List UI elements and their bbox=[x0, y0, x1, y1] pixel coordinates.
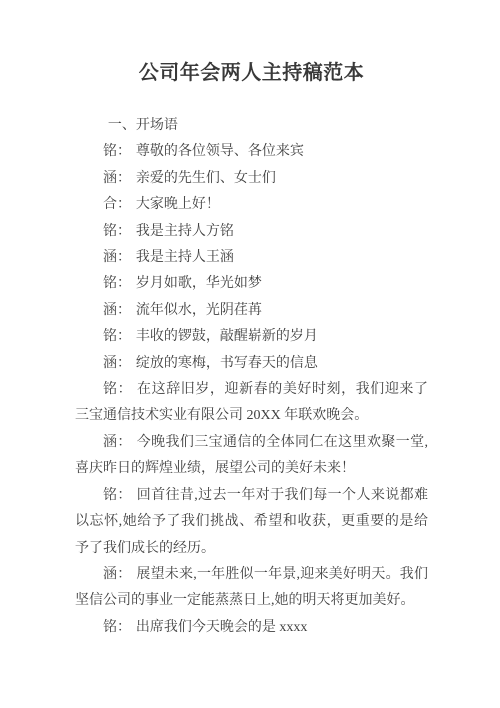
speaker-label: 铭： bbox=[103, 329, 131, 344]
speaker-label: 涵： bbox=[103, 250, 131, 265]
speaker-label: 铭： bbox=[103, 382, 132, 397]
speaker-label: 涵： bbox=[103, 567, 131, 582]
line-text: 我是主持人王涵 bbox=[136, 250, 234, 265]
speaker-label: 铭： bbox=[103, 224, 131, 239]
speaker-label: 涵： bbox=[103, 303, 131, 318]
document-title: 公司年会两人主持稿范本 bbox=[75, 60, 428, 86]
dialogue-line: 合：大家晚上好！ bbox=[75, 192, 428, 218]
section-heading: 一、开场语 bbox=[75, 113, 428, 139]
line-text: 我是主持人方铭 bbox=[136, 224, 234, 239]
dialogue-line: 铭：在这辞旧岁，迎新春的美好时刻，我们迎来了三宝通信技术实业有限公司 20XX … bbox=[75, 377, 428, 430]
dialogue-line: 铭：岁月如歌，华光如梦 bbox=[75, 271, 428, 297]
dialogue-line: 涵：绽放的寒梅，书写春天的信息 bbox=[75, 351, 428, 377]
line-text: 一、开场语 bbox=[108, 118, 178, 133]
speaker-label: 涵： bbox=[103, 356, 131, 371]
dialogue-line: 铭：尊敬的各位领导、各位来宾 bbox=[75, 139, 428, 165]
dialogue-line: 铭：我是主持人方铭 bbox=[75, 219, 428, 245]
dialogue-line: 铭：出席我们今天晚会的是 xxxx bbox=[75, 615, 428, 641]
dialogue-line: 涵：今晚我们三宝通信的全体同仁在这里欢聚一堂,喜庆昨日的辉煌业绩，展望公司的美好… bbox=[75, 430, 428, 483]
dialogue-line: 铭：回首往昔,过去一年对于我们每一个人来说都难以忘怀,她给予了我们挑战、希望和收… bbox=[75, 483, 428, 562]
dialogue-line: 涵：展望未来,一年胜似一年景,迎来美好明天。我们坚信公司的事业一定能蒸蒸日上,她… bbox=[75, 562, 428, 615]
dialogue-line: 涵：我是主持人王涵 bbox=[75, 245, 428, 271]
document-page: 公司年会两人主持稿范本 一、开场语 铭：尊敬的各位领导、各位来宾 涵：亲爱的先生… bbox=[0, 0, 500, 708]
dialogue-line: 铭：丰收的锣鼓，敲醒崭新的岁月 bbox=[75, 324, 428, 350]
speaker-label: 铭： bbox=[103, 488, 132, 503]
line-text: 尊敬的各位领导、各位来宾 bbox=[136, 144, 304, 159]
speaker-label: 铭： bbox=[103, 144, 131, 159]
line-text: 亲爱的先生们、女士们 bbox=[136, 171, 276, 186]
dialogue-line: 涵：流年似水，光阴荏苒 bbox=[75, 298, 428, 324]
line-text: 丰收的锣鼓，敲醒崭新的岁月 bbox=[136, 329, 318, 344]
line-text: 流年似水，光阴荏苒 bbox=[136, 303, 262, 318]
speaker-label: 铭： bbox=[103, 620, 131, 635]
speaker-label: 涵： bbox=[103, 171, 131, 186]
line-text: 岁月如歌，华光如梦 bbox=[136, 276, 262, 291]
dialogue-line: 涵：亲爱的先生们、女士们 bbox=[75, 166, 428, 192]
line-text: 绽放的寒梅，书写春天的信息 bbox=[136, 356, 318, 371]
speaker-label: 涵： bbox=[103, 435, 132, 450]
speaker-label: 铭： bbox=[103, 276, 131, 291]
speaker-label: 合： bbox=[103, 197, 131, 212]
line-text: 出席我们今天晚会的是 xxxx bbox=[136, 620, 308, 635]
line-text: 大家晚上好！ bbox=[136, 197, 220, 212]
